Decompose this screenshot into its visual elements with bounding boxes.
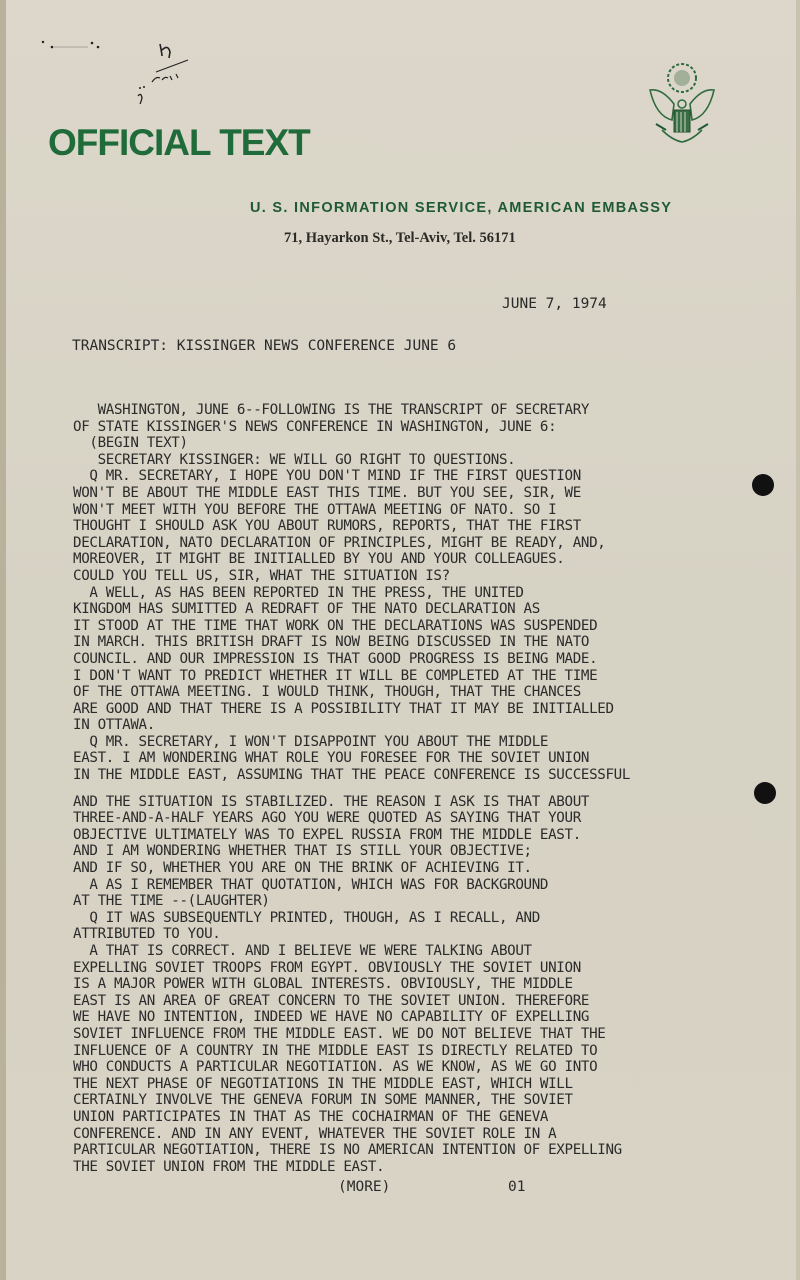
transcript-line: MOREOVER, IT MIGHT BE INITIALLED BY YOU …	[73, 551, 773, 568]
document-title: TRANSCRIPT: KISSINGER NEWS CONFERENCE JU…	[72, 338, 456, 354]
transcript-line: AND I AM WONDERING WHETHER THAT IS STILL…	[73, 843, 773, 860]
transcript-line: (BEGIN TEXT)	[73, 435, 773, 452]
great-seal-eagle-icon	[642, 60, 722, 150]
transcript-line: WON'T MEET WITH YOU BEFORE THE OTTAWA ME…	[73, 502, 773, 519]
transcript-line: EAST IS AN AREA OF GREAT CONCERN TO THE …	[73, 993, 773, 1010]
transcript-line: WHO CONDUCTS A PARTICULAR NEGOTIATION. A…	[73, 1059, 773, 1076]
transcript-line: IT STOOD AT THE TIME THAT WORK ON THE DE…	[73, 618, 773, 635]
transcript-line: IS A MAJOR POWER WITH GLOBAL INTERESTS. …	[73, 976, 773, 993]
transcript-line: CERTAINLY INVOLVE THE GENEVA FORUM IN SO…	[73, 1092, 773, 1109]
handwritten-note-icon	[130, 36, 200, 106]
transcript-line: IN THE MIDDLE EAST, ASSUMING THAT THE PE…	[73, 767, 773, 784]
transcript-line: AT THE TIME --(LAUGHTER)	[73, 893, 773, 910]
transcript-line: A WELL, AS HAS BEEN REPORTED IN THE PRES…	[73, 585, 773, 602]
transcript-line: CONFERENCE. AND IN ANY EVENT, WHATEVER T…	[73, 1126, 773, 1143]
transcript-line: SECRETARY KISSINGER: WE WILL GO RIGHT TO…	[73, 452, 773, 469]
transcript-line: OF STATE KISSINGER'S NEWS CONFERENCE IN …	[73, 419, 773, 436]
transcript-line: WON'T BE ABOUT THE MIDDLE EAST THIS TIME…	[73, 485, 773, 502]
document-page: OFFICIAL TEXT U. S. INFORMATION SERVICE,…	[0, 0, 800, 1280]
transcript-line: WE HAVE NO INTENTION, INDEED WE HAVE NO …	[73, 1009, 773, 1026]
transcript-line: PARTICULAR NEGOTIATION, THERE IS NO AMER…	[73, 1142, 773, 1159]
paper-left-edge	[0, 0, 6, 1280]
transcript-line: A AS I REMEMBER THAT QUOTATION, WHICH WA…	[73, 877, 773, 894]
transcript-line: UNION PARTICIPATES IN THAT AS THE COCHAI…	[73, 1109, 773, 1126]
transcript-line: EXPELLING SOVIET TROOPS FROM EGYPT. OBVI…	[73, 960, 773, 977]
transcript-line: DECLARATION, NATO DECLARATION OF PRINCIP…	[73, 535, 773, 552]
transcript-line: I DON'T WANT TO PREDICT WHETHER IT WILL …	[73, 668, 773, 685]
transcript-line: KINGDOM HAS SUMITTED A REDRAFT OF THE NA…	[73, 601, 773, 618]
transcript-line: AND IF SO, WHETHER YOU ARE ON THE BRINK …	[73, 860, 773, 877]
transcript-line: Q MR. SECRETARY, I WON'T DISAPPOINT YOU …	[73, 734, 773, 751]
transcript-line: COUNCIL. AND OUR IMPRESSION IS THAT GOOD…	[73, 651, 773, 668]
transcript-line: WASHINGTON, JUNE 6--FOLLOWING IS THE TRA…	[73, 402, 773, 419]
transcript-line: THOUGHT I SHOULD ASK YOU ABOUT RUMORS, R…	[73, 518, 773, 535]
page-number: 01	[508, 1179, 525, 1195]
transcript-line: EAST. I AM WONDERING WHAT ROLE YOU FORES…	[73, 750, 773, 767]
transcript-line: IN OTTAWA.	[73, 717, 773, 734]
transcript-line: THREE-AND-A-HALF YEARS AGO YOU WERE QUOT…	[73, 810, 773, 827]
transcript-line: IN MARCH. THIS BRITISH DRAFT IS NOW BEIN…	[73, 634, 773, 651]
transcript-line: SOVIET INFLUENCE FROM THE MIDDLE EAST. W…	[73, 1026, 773, 1043]
transcript-line: INFLUENCE OF A COUNTRY IN THE MIDDLE EAS…	[73, 1043, 773, 1060]
transcript-line: AND THE SITUATION IS STABILIZED. THE REA…	[73, 794, 773, 811]
transcript-line: COULD YOU TELL US, SIR, WHAT THE SITUATI…	[73, 568, 773, 585]
transcript-line: ARE GOOD AND THAT THERE IS A POSSIBILITY…	[73, 701, 773, 718]
transcript-line: OBJECTIVE ULTIMATELY WAS TO EXPEL RUSSIA…	[73, 827, 773, 844]
paper-right-edge	[796, 0, 800, 1280]
official-text-banner: OFFICIAL TEXT	[48, 122, 310, 164]
punch-hole-icon	[754, 782, 776, 804]
punch-hole-icon	[752, 474, 774, 496]
transcript-line: A THAT IS CORRECT. AND I BELIEVE WE WERE…	[73, 943, 773, 960]
agency-address: 71, Hayarkon St., Tel-Aviv, Tel. 56171	[284, 230, 516, 247]
transcript-line: OF THE OTTAWA MEETING. I WOULD THINK, TH…	[73, 684, 773, 701]
transcript-line: Q IT WAS SUBSEQUENTLY PRINTED, THOUGH, A…	[73, 910, 773, 927]
agency-header: U. S. INFORMATION SERVICE, AMERICAN EMBA…	[250, 200, 672, 216]
document-date: JUNE 7, 1974	[502, 296, 607, 312]
transcript-line: THE SOVIET UNION FROM THE MIDDLE EAST.	[73, 1159, 773, 1176]
more-indicator: (MORE)	[338, 1179, 390, 1195]
transcript-line: Q MR. SECRETARY, I HOPE YOU DON'T MIND I…	[73, 468, 773, 485]
transcript-line: ATTRIBUTED TO YOU.	[73, 926, 773, 943]
handwritten-marks-icon	[40, 38, 110, 52]
transcript-body: WASHINGTON, JUNE 6--FOLLOWING IS THE TRA…	[73, 402, 773, 1175]
transcript-line: THE NEXT PHASE OF NEGOTIATIONS IN THE MI…	[73, 1076, 773, 1093]
